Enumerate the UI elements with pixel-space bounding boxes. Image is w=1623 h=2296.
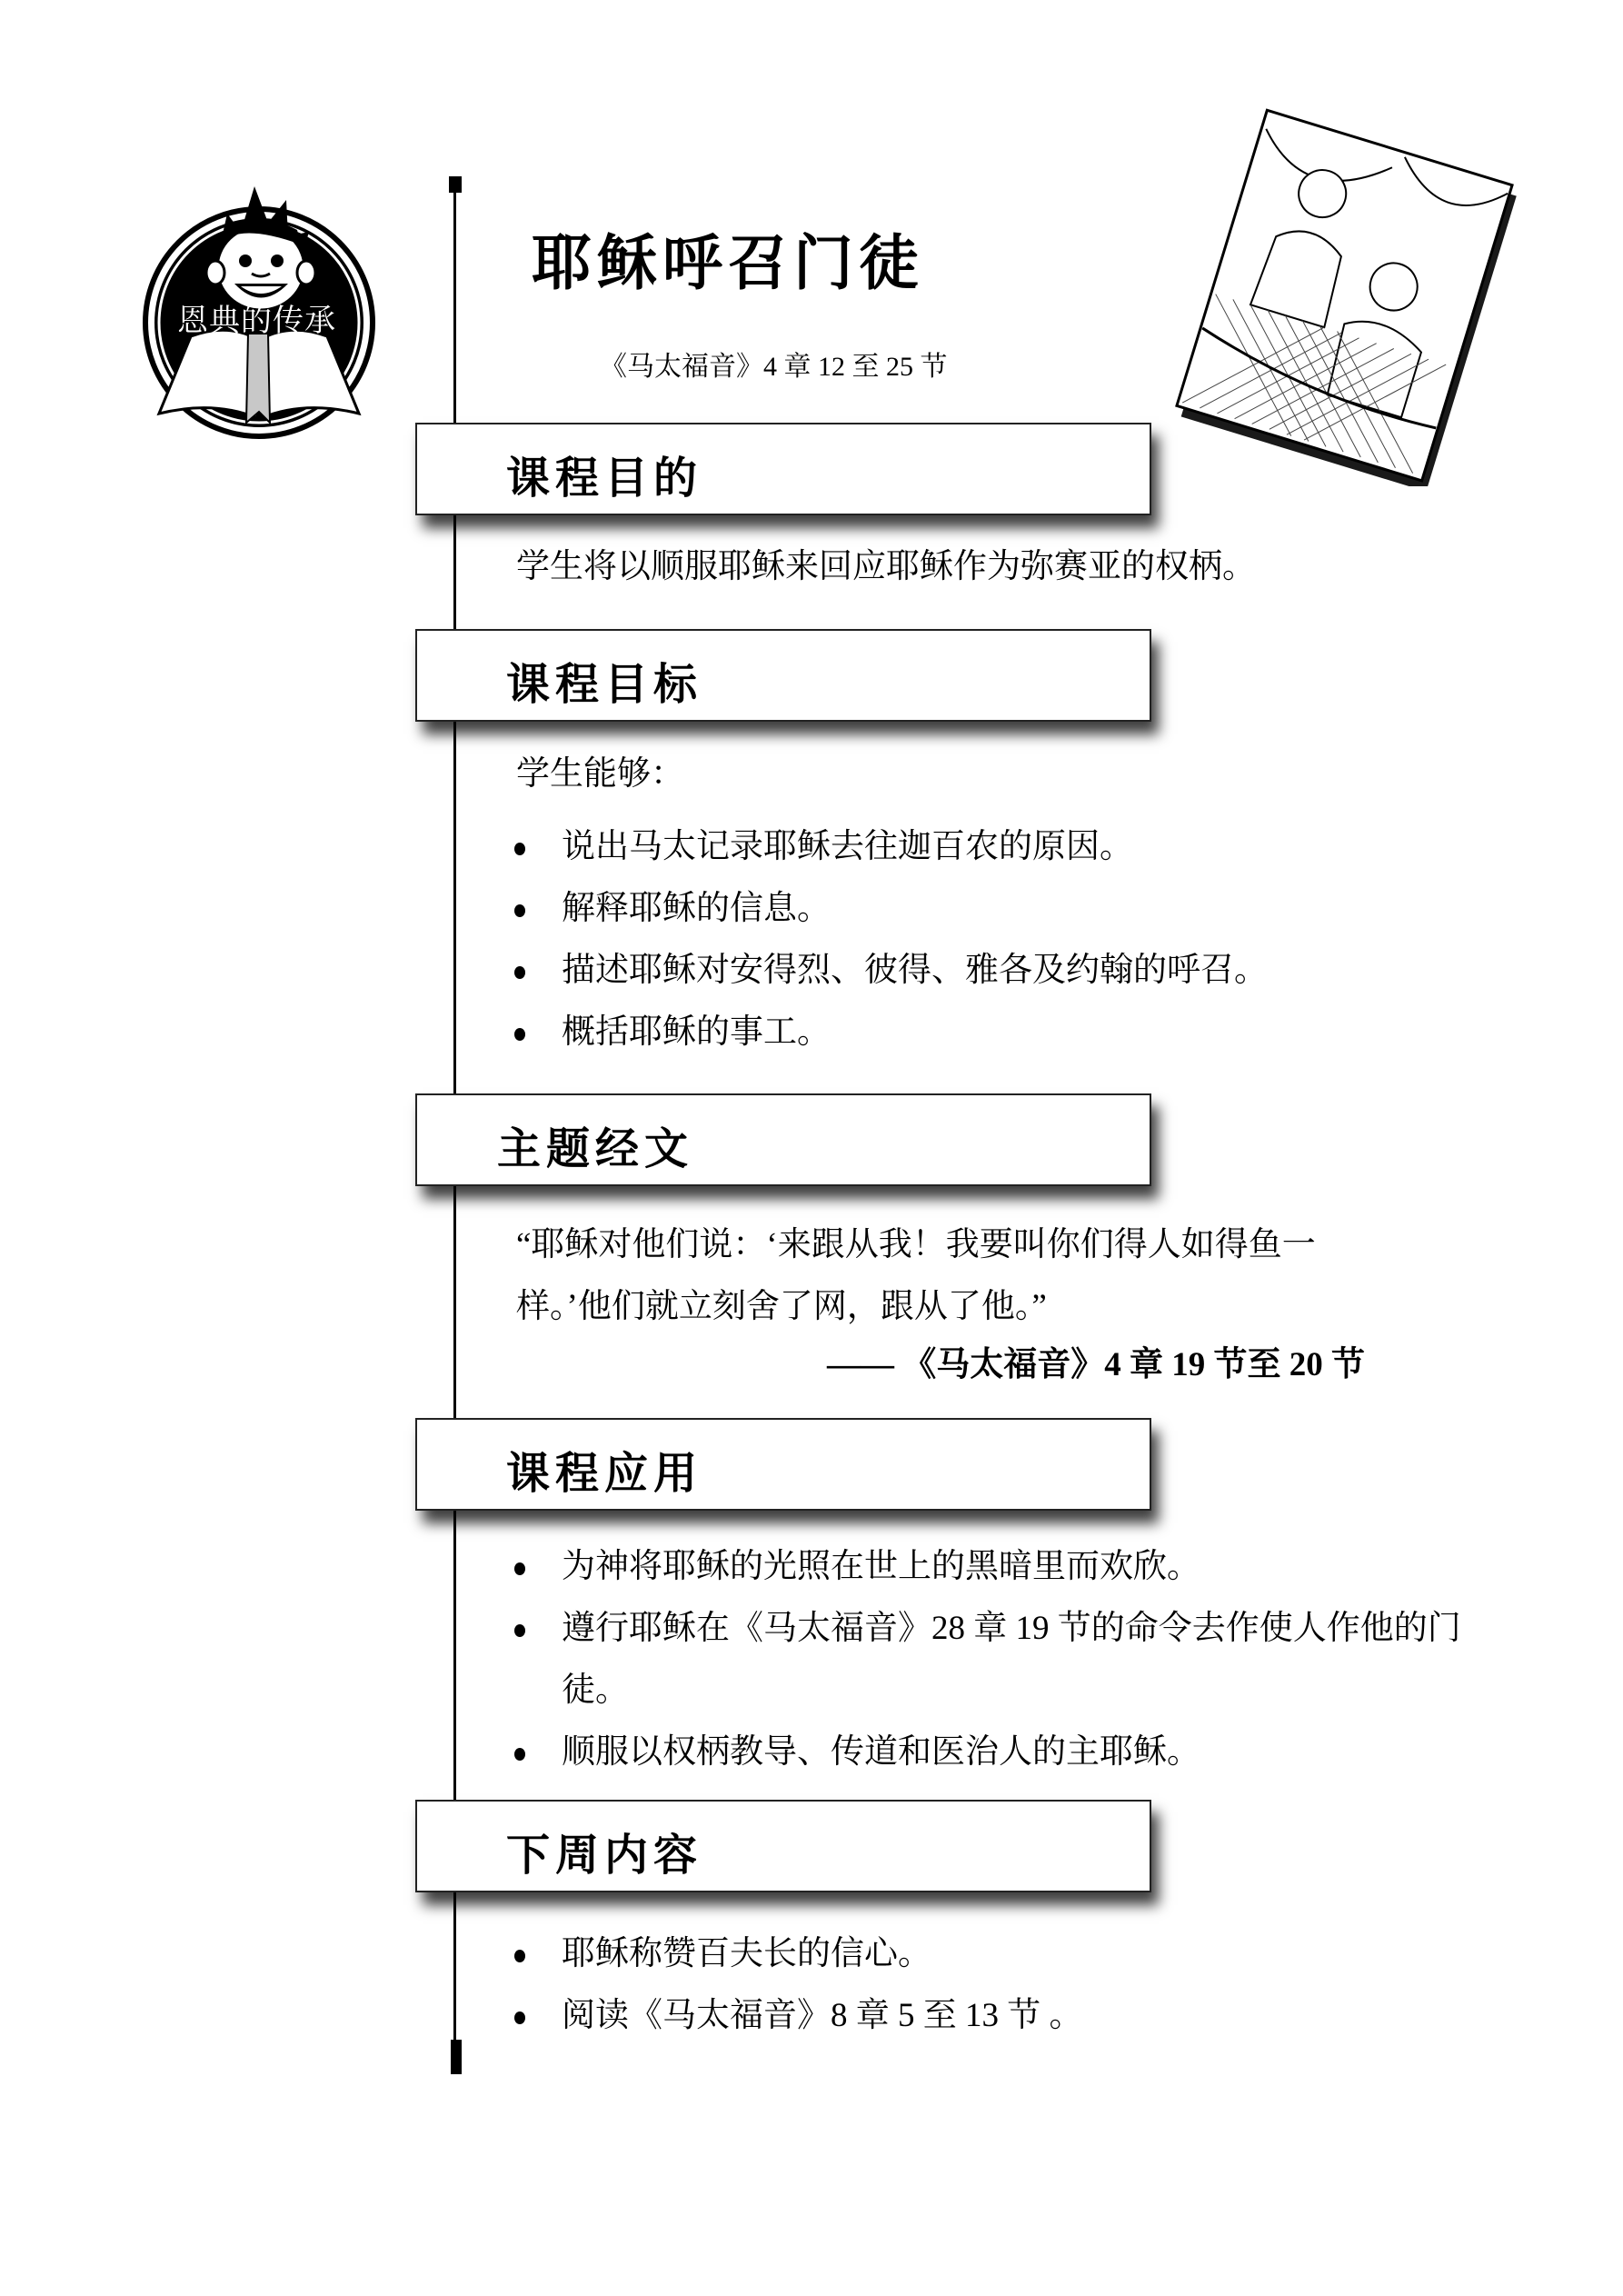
- section-heading-next-week: 下周内容: [415, 1800, 1151, 1892]
- memory-verse-line-2: 样。’他们就立刻舍了网，跟从了他。”: [516, 1276, 1507, 1338]
- list-item: 为神将耶稣的光照在世上的黑暗里而欢欣。: [507, 1536, 1516, 1598]
- section-heading-purpose: 课程目的: [415, 423, 1151, 515]
- list-item: 耶稣称赞百夫长的信心。: [507, 1923, 1507, 1985]
- purpose-text: 学生将以顺服耶稣来回应耶稣作为弥赛亚的权柄。: [516, 545, 1256, 589]
- section-heading-text: 课程目标: [506, 649, 702, 712]
- section-heading-application: 课程应用: [415, 1418, 1151, 1511]
- boy-reading-bible-logo-icon: 恩典的传承: [141, 177, 382, 441]
- scripture-reference: 《马太福音》4 章 12 至 25 节: [600, 344, 948, 384]
- bullet-icon: [514, 1624, 525, 1637]
- bullet-icon: [514, 1950, 525, 1962]
- list-item: 解释耶稣的信息。: [507, 878, 1507, 940]
- page-title: 耶稣呼召门徒: [532, 215, 924, 301]
- list-item: 概括耶稣的事工。: [507, 1002, 1507, 1063]
- objectives-list: 说出马太记录耶稣去往迦百农的原因。 解释耶稣的信息。 描述耶稣对安得烈、彼得、雅…: [507, 816, 1507, 1063]
- bullet-icon: [514, 966, 525, 979]
- list-item: 遵行耶稣在《马太福音》28 章 19 节的命令去作使人作他的门徒。: [507, 1598, 1516, 1722]
- section-heading-memory-verse: 主题经文: [415, 1093, 1151, 1186]
- memory-verse-text: “耶稣对他们说：‘来跟从我！我要叫你们得人如得鱼一 样。’他们就立刻舍了网，跟从…: [516, 1214, 1507, 1338]
- logo-text: 恩典的传承: [177, 295, 336, 340]
- timeline-cap-top: [449, 176, 462, 193]
- fishermen-with-net-illustration-icon: [1172, 95, 1518, 486]
- section-heading-objectives: 课程目标: [415, 629, 1151, 722]
- section-heading-text: 下周内容: [506, 1820, 702, 1882]
- list-item: 说出马太记录耶稣去往迦百农的原因。: [507, 816, 1507, 878]
- timeline-cap-bottom: [451, 2040, 462, 2074]
- list-item: 阅读《马太福音》8 章 5 至 13 节 。: [507, 1985, 1507, 2047]
- list-item: 描述耶稣对安得烈、彼得、雅各及约翰的呼召。: [507, 940, 1507, 1002]
- next-week-list: 耶稣称赞百夫长的信心。 阅读《马太福音》8 章 5 至 13 节 。: [507, 1923, 1507, 2047]
- bullet-icon: [514, 904, 525, 917]
- section-heading-text: 主题经文: [497, 1113, 693, 1176]
- bullet-icon: [514, 1562, 525, 1575]
- bullet-icon: [514, 843, 525, 855]
- memory-verse-line-1: “耶稣对他们说：‘来跟从我！我要叫你们得人如得鱼一: [516, 1214, 1507, 1276]
- section-heading-text: 课程应用: [506, 1438, 702, 1501]
- application-list: 为神将耶稣的光照在世上的黑暗里而欢欣。 遵行耶稣在《马太福音》28 章 19 节…: [507, 1536, 1516, 1783]
- section-heading-text: 课程目的: [506, 443, 702, 505]
- memory-verse-reference: —— 《马太福音》4 章 19 节至 20 节: [827, 1336, 1365, 1385]
- bullet-icon: [514, 1028, 525, 1041]
- objectives-intro: 学生能够：: [516, 753, 684, 796]
- list-item: 顺服以权柄教导、传道和医治人的主耶稣。: [507, 1722, 1516, 1783]
- bullet-icon: [514, 2011, 525, 2024]
- bullet-icon: [514, 1748, 525, 1761]
